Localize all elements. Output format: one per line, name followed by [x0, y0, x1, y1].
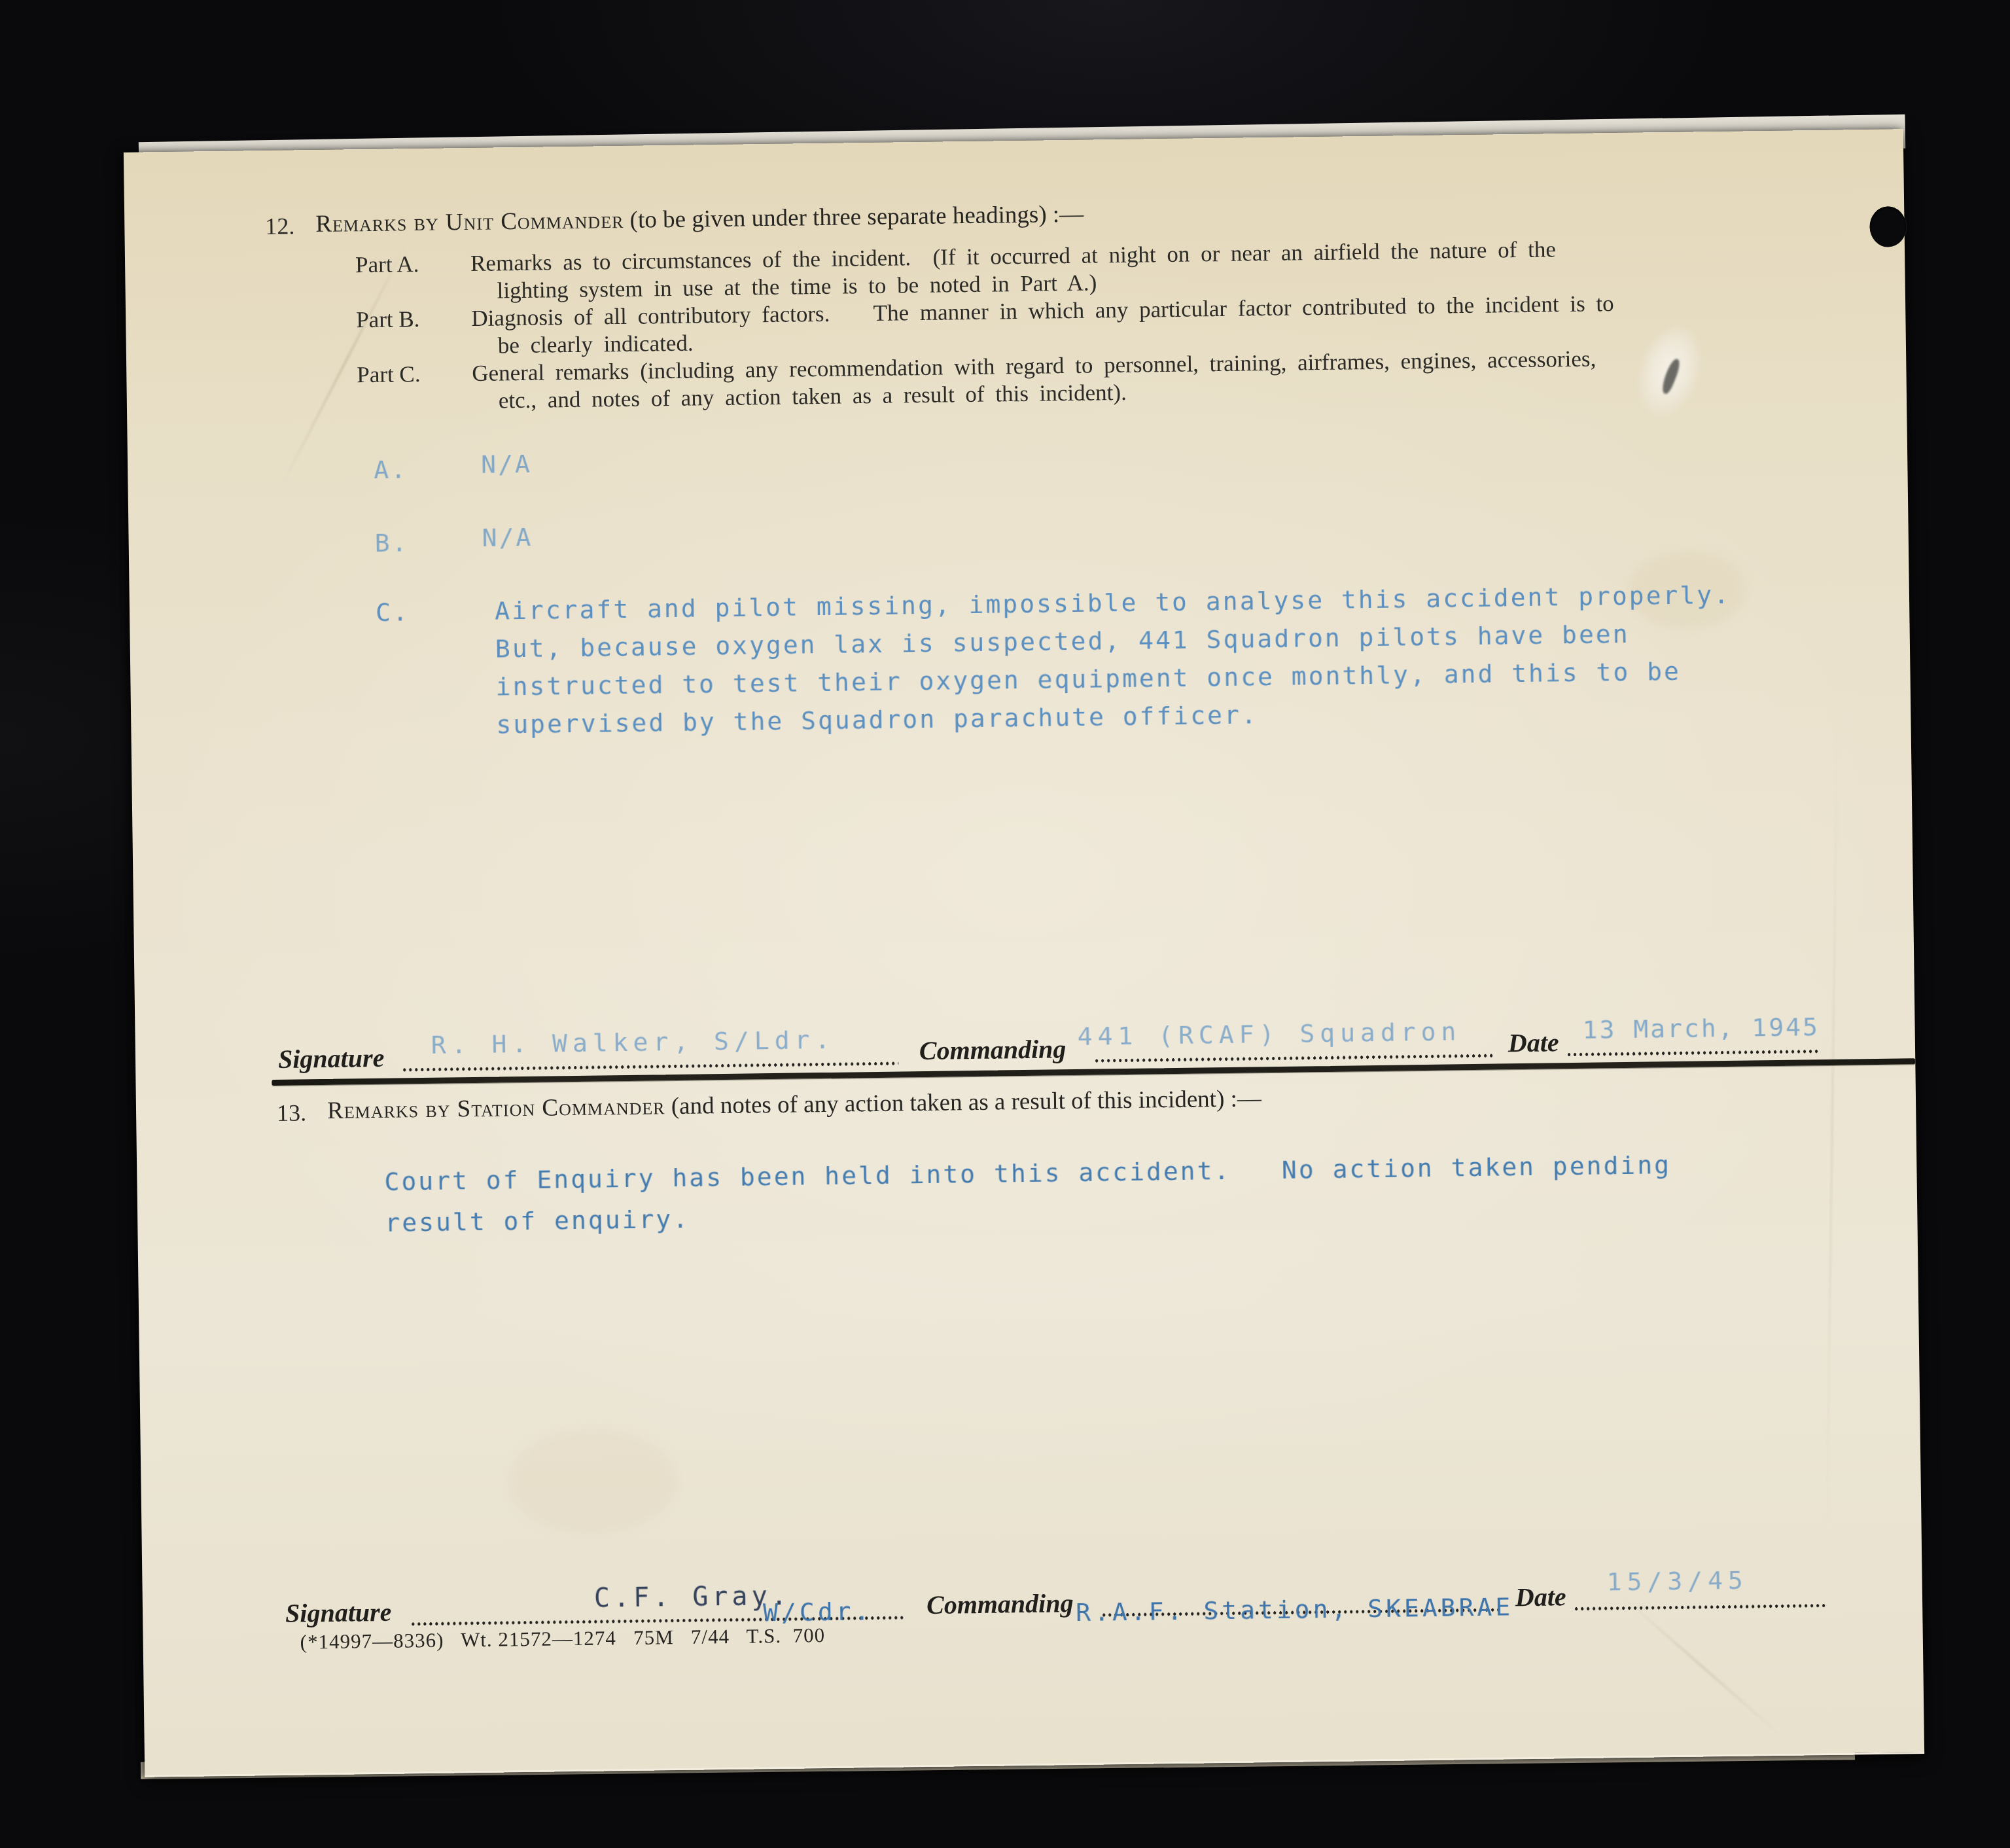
- typed-part-c-line3: instructed to test their oxygen equipmen…: [495, 657, 1681, 702]
- typed-part-c-line4: supervised by the Squadron parachute off…: [496, 700, 1258, 739]
- part-b-label: Part B.: [356, 306, 420, 333]
- commanding-label-unit: Commanding: [919, 1033, 1067, 1066]
- punch-hole: [1869, 206, 1907, 247]
- typed-part-b-value: N/A: [482, 523, 533, 552]
- commanding-label-station: Commanding: [926, 1588, 1074, 1620]
- date-dotted-line: [1567, 1049, 1818, 1057]
- typed-signature-station: C.F. Gray.: [594, 1581, 791, 1614]
- typed-part-c-line1: Aircraft and pilot missing, impossible t…: [495, 580, 1731, 626]
- typed-rank-station: W/Cdr.: [763, 1597, 873, 1627]
- form-page: 12. Remarks by Unit Commander (to be giv…: [124, 129, 1924, 1777]
- typed-date-unit: 13 March, 1945: [1582, 1012, 1820, 1044]
- part-a-label: Part A.: [355, 251, 419, 278]
- typed-part-a-value: N/A: [481, 450, 532, 479]
- typed-commanding-station: R.A.F. Station, SKEABRAE: [1076, 1592, 1514, 1627]
- typed-part-b-label: B.: [374, 528, 408, 558]
- date-label-station: Date: [1515, 1581, 1566, 1612]
- date-dotted-line-2: [1574, 1603, 1825, 1611]
- typed-signature-unit: R. H. Walker, S/Ldr.: [431, 1025, 835, 1059]
- typed-commanding-unit: 441 (RCAF) Squadron: [1077, 1017, 1461, 1051]
- typed-station-line2: result of enquiry.: [385, 1205, 690, 1237]
- typed-part-a-label: A.: [374, 455, 408, 484]
- section-12-heading: Remarks by Unit Commander (to be given u…: [315, 200, 1084, 238]
- part-b-line2: be clearly indicated.: [498, 330, 694, 359]
- paper-crease: [1825, 719, 1838, 1537]
- typed-date-station: 15/3/45: [1606, 1566, 1748, 1597]
- part-c-label: Part C.: [357, 361, 421, 388]
- section-13-heading: Remarks by Station Commander (and notes …: [327, 1084, 1261, 1125]
- signature-label-station: Signature: [285, 1597, 392, 1629]
- section-12-heading-suffix: (to be given under three separate headin…: [624, 201, 1084, 234]
- typed-part-c-line2: But, because oxygen lax is suspected, 44…: [495, 620, 1630, 664]
- section-13-heading-suffix: (and notes of any action taken as a resu…: [665, 1085, 1261, 1120]
- signature-dotted-line: [402, 1061, 898, 1073]
- paper-crease: [1620, 1594, 1784, 1739]
- section-divider-rule: [272, 1058, 1915, 1086]
- date-label-unit: Date: [1508, 1027, 1559, 1058]
- typed-station-line1: Court of Enquiry has been held into this…: [384, 1150, 1671, 1196]
- typed-part-c-label: C.: [376, 597, 410, 627]
- signature-label-unit: Signature: [278, 1042, 385, 1075]
- commanding-dotted-line: [1095, 1054, 1495, 1063]
- form-print-code: (*14997—8336) Wt. 21572—1274 75M 7/44 T.…: [300, 1624, 825, 1654]
- section-13-number: 13.: [277, 1099, 307, 1127]
- section-12-number: 12.: [265, 212, 295, 240]
- scan-background: 12. Remarks by Unit Commander (to be giv…: [0, 0, 2010, 1848]
- section-12-heading-title: Remarks by Unit Commander: [315, 207, 624, 238]
- section-13-heading-title: Remarks by Station Commander: [327, 1093, 665, 1124]
- paper-stain: [506, 1428, 678, 1535]
